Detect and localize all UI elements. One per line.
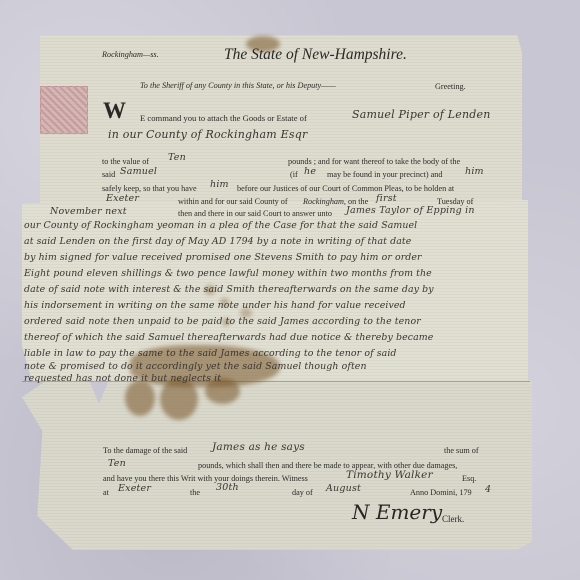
defendant-name: Samuel Piper of Lenden — [352, 108, 490, 121]
date-place: Exeter — [118, 483, 151, 494]
keep-pronoun: him — [465, 166, 484, 177]
answer-month: November next — [50, 206, 127, 217]
declaration-line: note & promised to do it accordingly yet… — [24, 361, 367, 372]
court-middle: within and for our said County of — [178, 197, 288, 206]
declaration-line: date of said note with interest & the sa… — [24, 284, 434, 295]
date-the: the — [190, 488, 200, 497]
stain-drip-2 — [160, 378, 198, 420]
date-month: August — [326, 483, 361, 494]
date-day: 30th — [216, 482, 239, 493]
declaration-line: at said Lenden on the first day of May A… — [24, 236, 411, 247]
tax-stamp — [40, 86, 88, 134]
addressee: To the Sheriff of any County in this Sta… — [140, 81, 336, 90]
damage-amount: Ten — [108, 458, 126, 469]
said-label: said — [102, 170, 115, 179]
witness-esq: Esq. — [462, 474, 476, 483]
declaration-line: his indorsement in writing on the same n… — [24, 300, 406, 311]
precinct-text: may be found in your precinct) and — [327, 170, 443, 179]
value-suffix: pounds ; and for want thereof to take th… — [288, 157, 460, 166]
court-ordinal: first — [376, 193, 397, 204]
declaration-line: ordered said note then unpaid to be paid… — [24, 316, 421, 327]
keep-prefix: safely keep, so that you have — [102, 184, 197, 193]
defendant-residence: in our County of Rockingham Esqr — [108, 128, 307, 141]
witness-text: and have you there this Writ with your d… — [103, 474, 308, 483]
value-amount: Ten — [168, 152, 186, 163]
keep-suffix: before our Justices of our Court of Comm… — [237, 184, 454, 193]
date-at: at — [103, 488, 109, 497]
date-day-of: day of — [292, 488, 313, 497]
declaration-line: Eight pound eleven shillings & two pence… — [24, 268, 432, 279]
damage-name: James as he says — [212, 441, 305, 453]
keep-him: him — [210, 179, 229, 190]
damage-prefix: To the damage of the said — [103, 446, 187, 455]
value-prefix: to the value of — [102, 157, 149, 166]
body-name: Samuel — [120, 166, 157, 177]
stain-drip-1 — [125, 380, 155, 416]
declaration-line: liable in law to pay the same to the sai… — [24, 348, 397, 359]
declaration-line: by him signed for value received promise… — [24, 252, 422, 263]
greeting: Greeting. — [435, 82, 466, 91]
if-pronoun: he — [304, 166, 316, 177]
declaration-line: thereof of which the said Samuel thereaf… — [24, 332, 433, 343]
command-text: E command you to attach the Goods or Est… — [140, 113, 307, 123]
clerk-title: Clerk. — [442, 514, 464, 524]
declaration-line: our County of Rockingham yeoman in a ple… — [24, 220, 417, 231]
county-venue: Rockingham—ss. — [102, 50, 159, 59]
document-title: The State of New-Hampshire. — [224, 46, 407, 64]
declaration-line: requested has not done it but neglects i… — [24, 373, 221, 384]
initial-capital: W — [103, 98, 126, 124]
paper-tear — [90, 382, 108, 404]
court-place: Exeter — [106, 193, 139, 204]
witness-name: Timothy Walker — [346, 469, 433, 481]
year-digit: 4 — [485, 484, 491, 495]
answer-middle: then and there in our said Court to answ… — [178, 209, 332, 218]
if-prefix: (if — [290, 170, 298, 179]
plaintiff-name: James Taylor of Epping in — [346, 205, 475, 216]
clerk-signature: N Emery — [352, 500, 442, 524]
damage-suffix: the sum of — [444, 446, 479, 455]
court-county: Rockingham, — [303, 197, 346, 206]
anno-domini: Anno Domini, 179 — [410, 488, 472, 497]
